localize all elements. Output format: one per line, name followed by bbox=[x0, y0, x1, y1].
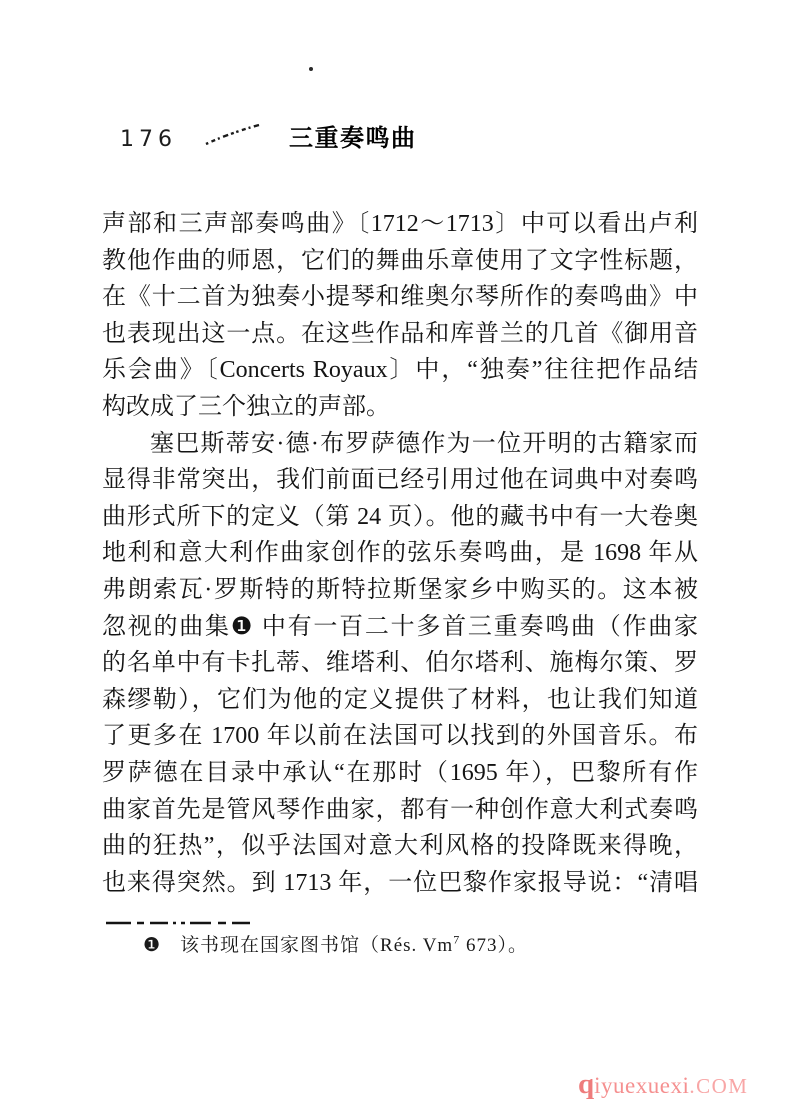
text-line: 声部和三声部奏鸣曲》〔1712～1713〕中可以看出卢利 bbox=[102, 206, 698, 243]
text-line: 在《十二首为独奏小提琴和维奥尔琴所作的奏鸣曲》中 bbox=[102, 279, 698, 316]
text-line: 塞巴斯蒂安·德·布罗萨德作为一位开明的古籍家而 bbox=[102, 426, 698, 463]
text-line: 显得非常突出，我们前面已经引用过他在词典中对奏鸣 bbox=[102, 462, 698, 499]
text-line: 的名单中有卡扎蒂、维塔利、伯尔塔利、施梅尔策、罗 bbox=[102, 645, 698, 682]
text-line: 乐会曲》〔Concerts Royaux〕中，“独奏”往往把作品结 bbox=[102, 352, 698, 389]
running-title: 三重奏鸣曲 bbox=[289, 127, 417, 153]
body-text: 声部和三声部奏鸣曲》〔1712～1713〕中可以看出卢利 教他作曲的师恩，它们的… bbox=[102, 206, 698, 901]
text-line: 教他作曲的师恩，它们的舞曲乐章使用了文字性标题， bbox=[102, 243, 698, 280]
text-line: 罗萨德在目录中承认“在那时（1695 年），巴黎所有作 bbox=[102, 755, 698, 792]
text-line: 森缪勒），它们为他的定义提供了材料，也让我们知道 bbox=[102, 682, 698, 719]
footnote-separator bbox=[106, 912, 250, 930]
page-header: 176 三重奏鸣曲 bbox=[120, 121, 417, 153]
footnote-text-main: 该书现在国家图书馆（Rés. Vm bbox=[180, 935, 453, 956]
pen-flourish-icon bbox=[203, 121, 263, 149]
text-line: 也来得突然。到 1713 年，一位巴黎作家报导说：“清唱 bbox=[102, 865, 698, 902]
text-line: 曲的狂热”，似乎法国对意大利风格的投降既来得晚， bbox=[102, 828, 698, 865]
text-line: 忽视的曲集❶ 中有一百二十多首三重奏鸣曲（作曲家 bbox=[102, 609, 698, 646]
footnote: ❶ 该书现在国家图书馆（Rés. Vm7 673）。 bbox=[143, 933, 528, 959]
watermark-prefix: q bbox=[578, 1068, 594, 1101]
watermark: qiyuexuexi.COM bbox=[578, 1068, 748, 1101]
text-line: 曲家首先是管风琴作曲家，都有一种创作意大利式奏鸣 bbox=[102, 792, 698, 829]
watermark-middle: iyuexuexi bbox=[594, 1073, 689, 1099]
watermark-suffix: .COM bbox=[689, 1074, 748, 1099]
footnote-marker: ❶ bbox=[143, 933, 160, 959]
scan-speck bbox=[309, 67, 313, 71]
text-line: 曲形式所下的定义（第 24 页）。他的藏书中有一大卷奥 bbox=[102, 499, 698, 536]
text-line: 地利和意大利作曲家创作的弦乐奏鸣曲，是 1698 年从 bbox=[102, 535, 698, 572]
text-line: 也表现出这一点。在这些作品和库普兰的几首《御用音 bbox=[102, 316, 698, 353]
footnote-text-tail: 673）。 bbox=[460, 935, 528, 956]
text-line: 弗朗索瓦·罗斯特的斯特拉斯堡家乡中购买的。这本被 bbox=[102, 572, 698, 609]
text-line: 构改成了三个独立的声部。 bbox=[102, 389, 698, 426]
page-number: 176 bbox=[120, 129, 177, 153]
text-line: 了更多在 1700 年以前在法国可以找到的外国音乐。布 bbox=[102, 718, 698, 755]
footnote-text: 该书现在国家图书馆（Rés. Vm7 673）。 bbox=[180, 933, 528, 959]
